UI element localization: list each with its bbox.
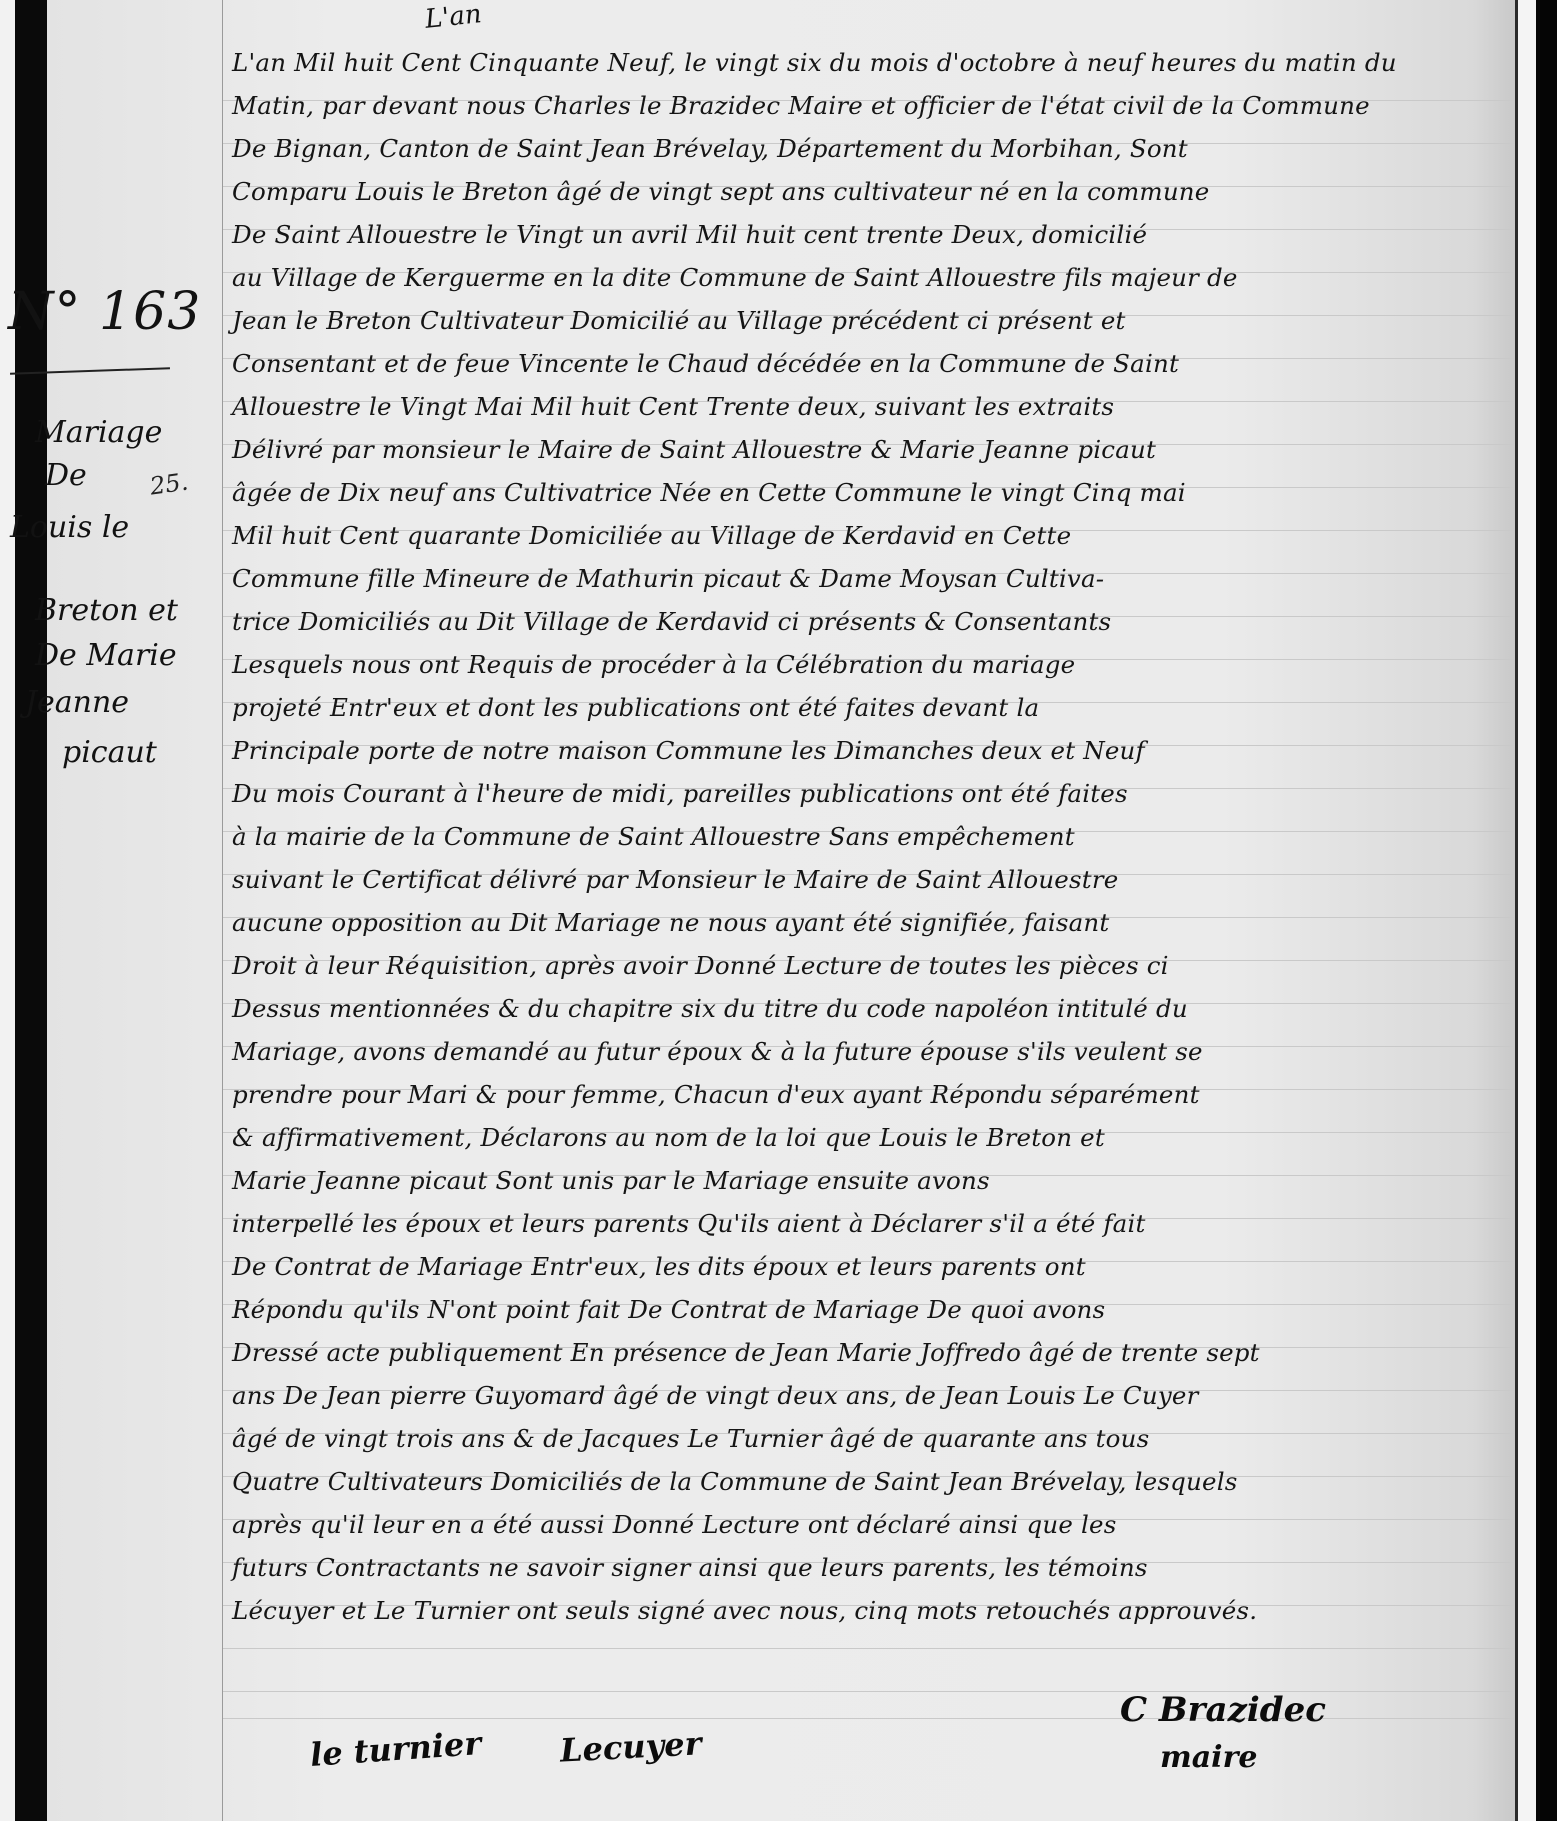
signature-mayor: C Brazidec	[1120, 1690, 1326, 1730]
record-line: De Contrat de Mariage Entr'eux, les dits…	[232, 1252, 1086, 1281]
record-line: Matin, par devant nous Charles le Brazid…	[232, 91, 1370, 120]
record-line: Mariage, avons demandé au futur époux & …	[232, 1037, 1203, 1066]
record-line: au Village de Kerguerme en la dite Commu…	[232, 263, 1238, 292]
record-line: Mil huit Cent quarante Domiciliée au Vil…	[232, 521, 1071, 550]
scan-binding-shadow	[15, 0, 47, 1821]
margin-annotation-line: Jeanne	[25, 685, 129, 720]
record-line: Consentant et de feue Vincente le Chaud …	[232, 349, 1179, 378]
margin-annotation-line: Breton et	[35, 593, 178, 628]
record-line: & affirmativement, Déclarons au nom de l…	[232, 1123, 1105, 1152]
record-line: interpellé les époux et leurs parents Qu…	[232, 1209, 1146, 1238]
record-line: Marie Jeanne picaut Sont unis par le Mar…	[232, 1166, 990, 1195]
signature-mayor-title: maire	[1160, 1740, 1257, 1775]
record-line: après qu'il leur en a été aussi Donné Le…	[232, 1510, 1117, 1539]
record-line: Allouestre le Vingt Mai Mil huit Cent Tr…	[232, 392, 1114, 421]
act-number: N° 163	[8, 282, 201, 342]
record-line: âgée de Dix neuf ans Cultivatrice Née en…	[232, 478, 1186, 507]
record-line: Dressé acte publiquement En présence de …	[232, 1338, 1260, 1367]
record-line: L'an Mil huit Cent Cinquante Neuf, le vi…	[232, 48, 1397, 77]
record-line: Délivré par monsieur le Maire de Saint A…	[232, 435, 1156, 464]
record-line: futurs Contractants ne savoir signer ain…	[232, 1553, 1148, 1582]
margin-day-note: 25.	[148, 467, 190, 500]
margin-annotation-line: picaut	[62, 735, 157, 770]
record-line: trice Domiciliés au Dit Village de Kerda…	[232, 607, 1111, 636]
margin-annotation-line: Mariage	[35, 415, 162, 450]
record-line: projeté Entr'eux et dont les publication…	[232, 693, 1039, 722]
record-line: Dessus mentionnées & du chapitre six du …	[232, 994, 1188, 1023]
record-line: prendre pour Mari & pour femme, Chacun d…	[232, 1080, 1200, 1109]
record-line: Quatre Cultivateurs Domiciliés de la Com…	[232, 1467, 1238, 1496]
margin-annotation-line: De	[45, 458, 87, 493]
record-line: aucune opposition au Dit Mariage ne nous…	[232, 908, 1109, 937]
ruled-line	[223, 1648, 1515, 1649]
record-line: Commune fille Mineure de Mathurin picaut…	[232, 564, 1104, 593]
record-line: Principale porte de notre maison Commune…	[232, 736, 1145, 765]
scan-border-right	[1536, 0, 1557, 1821]
record-line: âgé de vingt trois ans & de Jacques Le T…	[232, 1424, 1149, 1453]
record-line: suivant le Certificat délivré par Monsie…	[232, 865, 1118, 894]
scan-edge-left	[0, 0, 15, 1821]
record-line: Comparu Louis le Breton âgé de vingt sep…	[232, 177, 1210, 206]
record-line: Lesquels nous ont Requis de procéder à l…	[232, 650, 1075, 679]
page-header-mark: L'an	[424, 0, 483, 35]
record-line: ans De Jean pierre Guyomard âgé de vingt…	[232, 1381, 1198, 1410]
record-line: Droit à leur Réquisition, après avoir Do…	[232, 951, 1169, 980]
record-line: Répondu qu'ils N'ont point fait De Contr…	[232, 1295, 1105, 1324]
signature-witness-lecuyer: Lecuyer	[559, 1724, 702, 1769]
record-line: Du mois Courant à l'heure de midi, parei…	[232, 779, 1128, 808]
record-line: Lécuyer et Le Turnier ont seuls signé av…	[232, 1596, 1257, 1625]
margin-rule-line	[222, 0, 223, 1821]
record-line: à la mairie de la Commune de Saint Allou…	[232, 822, 1075, 851]
record-line: Jean le Breton Cultivateur Domicilié au …	[232, 306, 1126, 335]
margin-annotation-line: De Marie	[35, 638, 177, 673]
record-line: De Bignan, Canton de Saint Jean Brévelay…	[232, 134, 1188, 163]
margin-annotation-line: Louis le	[10, 510, 129, 545]
record-line: De Saint Allouestre le Vingt un avril Mi…	[232, 220, 1147, 249]
scan-edge-right	[1518, 0, 1536, 1821]
